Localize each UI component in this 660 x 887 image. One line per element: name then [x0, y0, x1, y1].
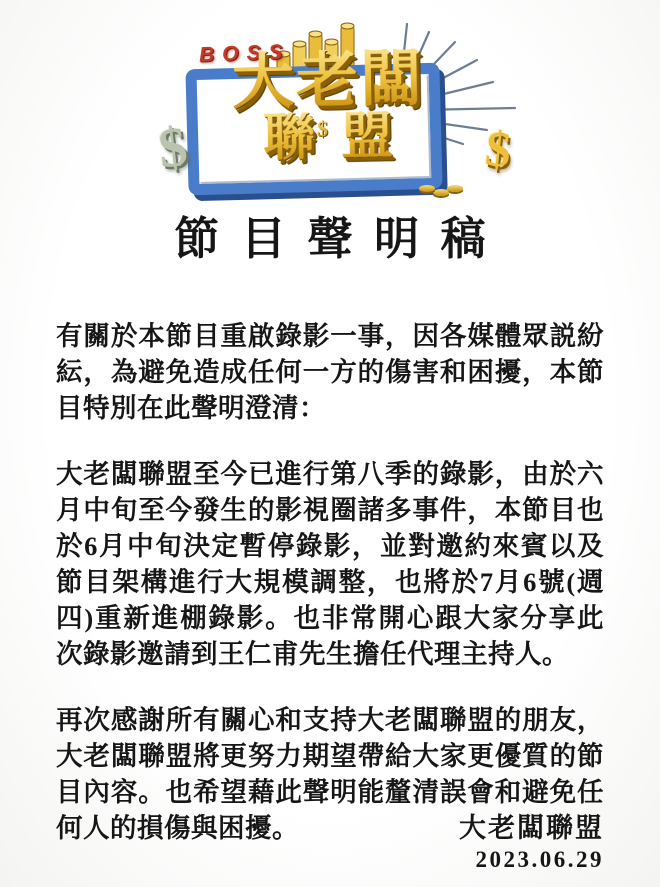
logo-title-line2: 聯盟 — [173, 109, 484, 166]
small-coin-icon — [419, 185, 435, 192]
statement-paragraph-2: 大老闆聯盟至今已進行第八季的錄影，由於六月中旬至今發生的影視圈諸多事件，本節目也… — [56, 456, 604, 672]
small-coin-icon — [433, 189, 449, 196]
small-coin-icon — [447, 185, 463, 192]
statement-page: BOSS 大老闆 聯盟 $ $ $ 節目聲明稿 有關於本節目重啟錄影一事，因各媒… — [0, 0, 660, 887]
signature-block: 大老闆聯盟 2023.06.29 — [459, 806, 604, 873]
statement-title: 節目聲明稿 — [0, 212, 660, 266]
signature-date: 2023.06.29 — [459, 847, 604, 873]
dollar-right-icon: $ — [483, 123, 513, 175]
statement-body: 有關於本節目重啟錄影一事，因各媒體眾説紛紜，為避免造成任何一方的傷害和困擾，本節… — [0, 318, 660, 846]
show-logo: BOSS 大老闆 聯盟 $ $ $ — [165, 24, 495, 200]
signature-name: 大老闆聯盟 — [459, 806, 604, 845]
statement-paragraph-1: 有關於本節目重啟錄影一事，因各媒體眾説紛紜，為避免造成任何一方的傷害和困擾，本節… — [56, 318, 604, 426]
dollar-mid-icon: $ — [317, 116, 328, 142]
logo-title-line1: 大老闆 — [172, 47, 483, 114]
